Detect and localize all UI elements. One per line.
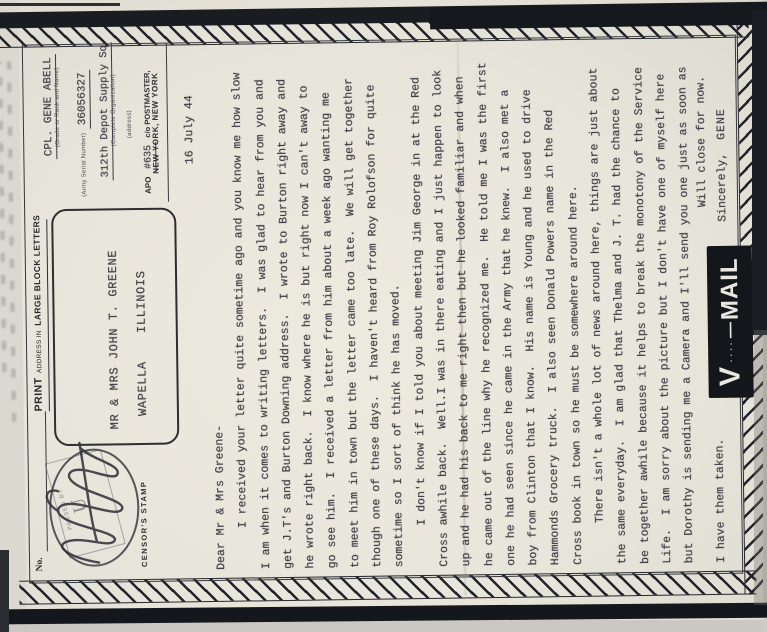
censor-stamp-label: CENSOR'S STAMP	[139, 481, 149, 567]
closing-line: I have them taken.	[713, 439, 728, 563]
serial-caption: (Army Serial Number)	[81, 133, 88, 197]
signature: GENE	[715, 108, 728, 140]
postmaster-city: NEW YORK, NEW YORK	[150, 73, 160, 174]
sender-serial: 36056327	[76, 69, 91, 128]
film-edge-right	[752, 10, 767, 335]
sender-serial-row: (Army Serial Number) 36056327	[71, 69, 91, 197]
will-close-line: Will close for now.	[694, 76, 709, 207]
film-edge-bottom-left	[0, 550, 9, 632]
sender-block: CPL. GENE ABELL (Grade or Rank and Name)…	[25, 44, 173, 204]
film-edge-right-fade	[754, 330, 767, 605]
recipient-state: ILLINOIS	[134, 270, 149, 333]
ghost-text-row	[7, 62, 16, 422]
ghost-text-row	[0, 62, 6, 372]
signoff: Sincerely,	[715, 153, 729, 222]
vmail-microfilm-scan: No. PRINT ADDRESS IN LARGE BLOCK LETTERS…	[0, 0, 767, 632]
sender-organization-row: 312th Depot Supply Sq	[93, 42, 113, 181]
letter-sheet: No. PRINT ADDRESS IN LARGE BLOCK LETTERS…	[0, 0, 767, 632]
print-address-header-word2: ADDRESS IN	[36, 330, 44, 373]
print-address-header-word1: PRINT	[32, 377, 44, 411]
sender-block-rule	[166, 44, 169, 202]
film-edge-top-thin-line	[0, 3, 120, 6]
vmail-logo-v: V	[714, 367, 747, 387]
recipient-address-panel: MR & MRS JOHN T. GREENE WAPELLA ILLINOIS	[51, 208, 179, 447]
print-address-header: PRINT ADDRESS IN LARGE BLOCK LETTERS	[26, 219, 50, 411]
sender-address-caption: (address)	[127, 110, 133, 138]
vmail-logo: V ···· — MAIL	[707, 245, 754, 398]
apo-label: APO	[144, 176, 153, 193]
sender-organization-caption: (Complete Organization)	[110, 74, 117, 146]
vmail-logo-dots: ····	[724, 340, 736, 363]
recipient-city: WAPELLA	[135, 361, 150, 416]
vmail-logo-dash: —	[721, 322, 739, 338]
censor-signature	[33, 422, 140, 573]
film-edge-top-thick	[430, 3, 767, 30]
letter-date: 16 July 44	[183, 95, 197, 164]
recipient-name: MR & MRS JOHN T. GREENE	[106, 250, 123, 430]
print-address-header-word3: LARGE BLOCK LETTERS	[31, 215, 43, 326]
vmail-logo-mail: MAIL	[715, 257, 744, 320]
letter-body: Dear Mr & Mrs Greene- I received your le…	[204, 23, 702, 570]
sender-name-caption: (Grade or Rank and Name)	[54, 67, 61, 147]
